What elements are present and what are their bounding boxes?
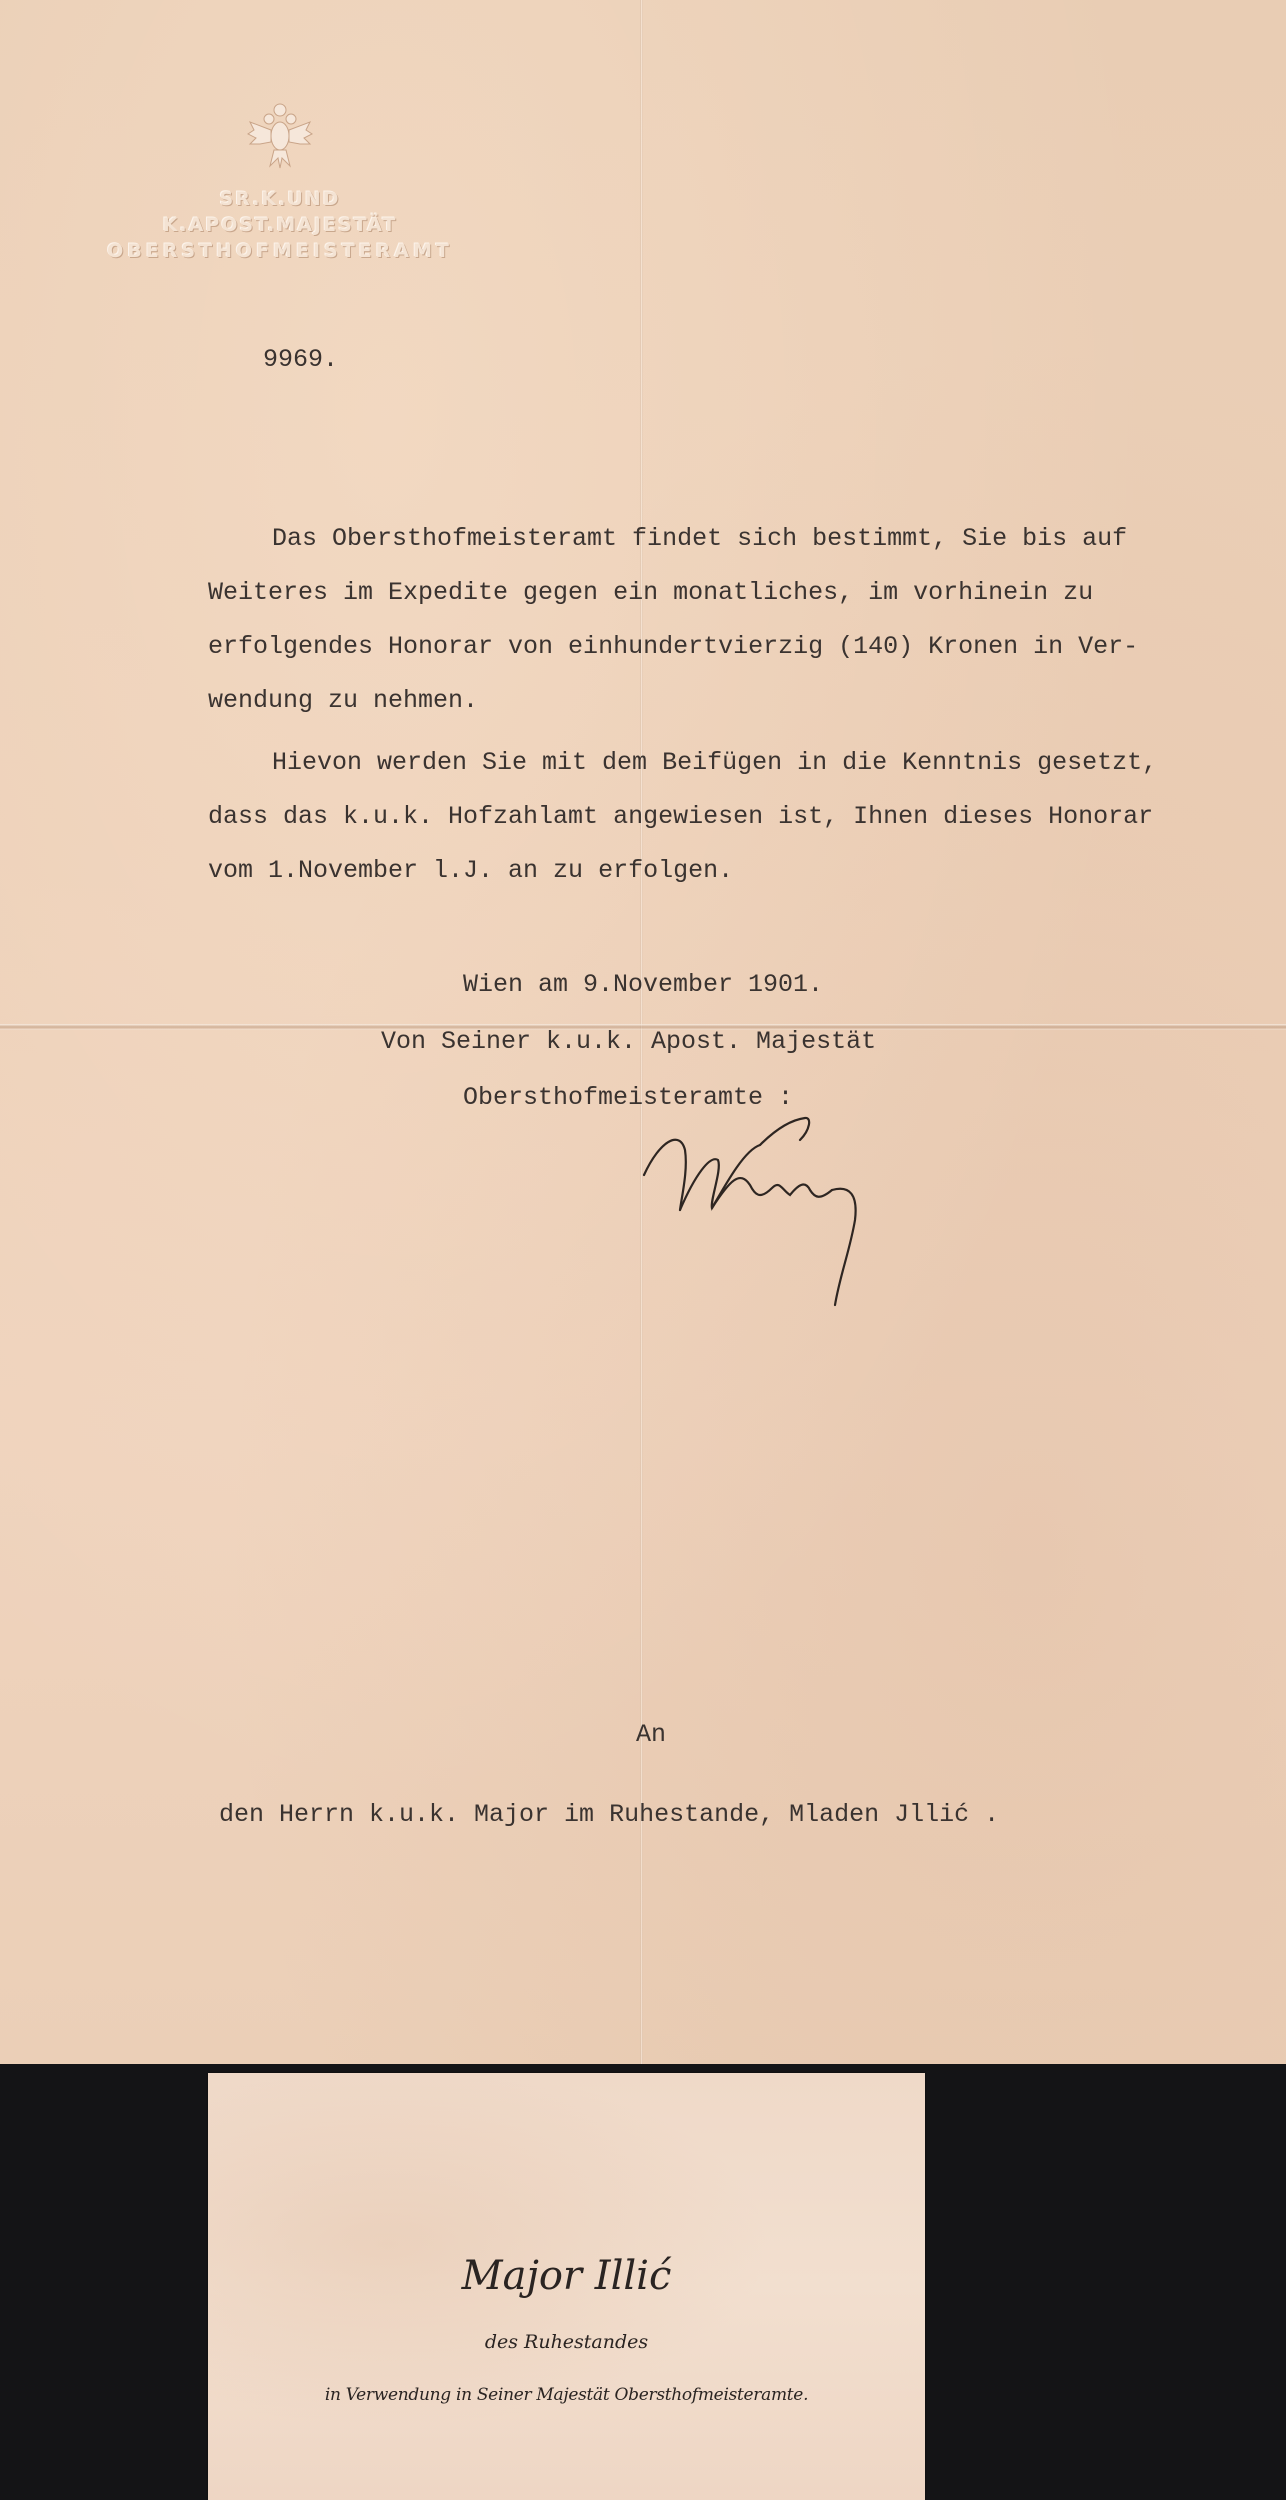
reference-number: 9969. [263,345,338,374]
letter-page: SR.K.UND K.APOST.MAJESTÄT OBERSTHOFMEIST… [0,0,1286,2064]
letterhead: SR.K.UND K.APOST.MAJESTÄT OBERSTHOFMEIST… [100,100,460,264]
body-line: Hievon werden Sie mit dem Beifügen in di… [208,736,1157,790]
place-date: Wien am 9.November 1901. [463,970,823,999]
addressee: den Herrn k.u.k. Major im Ruhestande, Ml… [219,1800,999,1829]
body-line: vom 1.November l.J. an zu erfolgen. [208,844,1157,898]
body-line: dass das k.u.k. Hofzahlamt angewiesen is… [208,790,1157,844]
visiting-card: Major Illić des Ruhestandes in Verwendun… [208,2073,925,2500]
body-line: Weiteres im Expedite gegen ein monatlich… [208,566,1157,620]
letter-body: Das Obersthofmeisteramt findet sich best… [208,512,1157,898]
letterhead-line-1: SR.K.UND K.APOST.MAJESTÄT [100,186,460,238]
body-line: erfolgendes Honorar von einhundertvierzi… [208,620,1157,674]
card-role: in Verwendung in Seiner Majestät Obersth… [208,2385,925,2405]
office-line-1: Von Seiner k.u.k. Apost. Majestät [381,1027,876,1056]
double-headed-eagle-icon [244,100,316,172]
salutation-to: An [636,1720,666,1749]
body-line: Das Obersthofmeisteramt findet sich best… [208,512,1157,566]
body-line: wendung zu nehmen. [208,674,1157,728]
letterhead-line-2: OBERSTHOFMEISTERAMT [100,238,460,264]
card-status: des Ruhestandes [208,2331,925,2353]
card-name: Major Illić [208,2253,925,2299]
signature [640,1100,900,1320]
